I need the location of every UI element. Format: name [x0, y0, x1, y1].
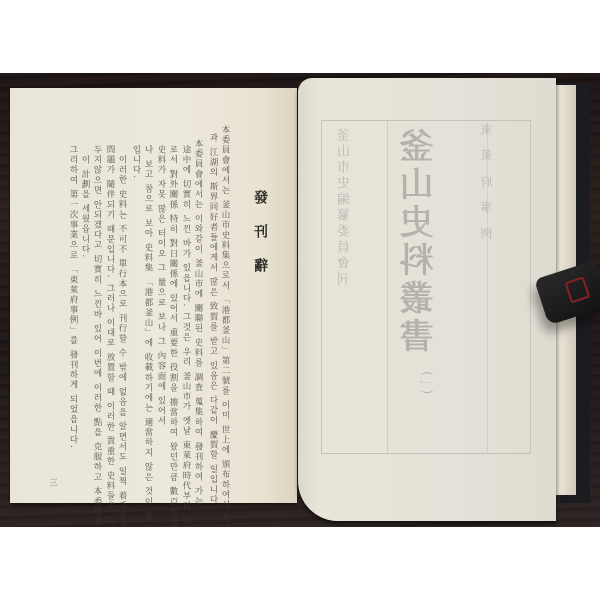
ghost-volume: (一)	[418, 371, 437, 394]
text-column: 本委員會에서는 이와같이 釜山市에 關聯된 史料를 調査 蒐集하여 發刊하여 가…	[193, 139, 203, 507]
text-column: 과 江湖의 斯界同好者들에게서 많은 致賀를 받고 있음은 다같이 慶賀할 일입…	[208, 133, 218, 509]
text-column: 두지않으면 안되겠다고 切實히 느낀바 있어 이번에 이러한 點을 克服하고 本…	[92, 145, 102, 527]
ghost-title: 釜山史料叢書	[395, 128, 444, 356]
page-title: 發刊辭	[250, 190, 270, 292]
left-page: 發刊辭 本委員會에서는 釜山市史料集으로서 「港都釜山」第二號를 이미 世上에 …	[10, 88, 297, 503]
text-column: 途中에 切實히 느낀 바가 있읍니다. 그것은 우리 釜山市가 옛날 東萊府時代…	[181, 145, 191, 527]
text-column: 입니다.	[131, 145, 141, 180]
book-photo: 發刊辭 本委員會에서는 釜山市史料集으로서 「港都釜山」第二號를 이미 世上에 …	[0, 73, 600, 527]
seal-red-mark-icon	[564, 276, 590, 303]
right-page: 釜山史料叢書 釜山市史編纂委員會刊 東萊府事例 (一)	[298, 78, 556, 521]
text-column: 그리하여 第一次事業으로 「東萊府事例」를 發刊하게 되었읍니다.	[68, 145, 78, 449]
text-column: 이러한 史料는 不可不 單行本으로 刊行할 수 밖에 없음을 알면서도 일찍 着…	[117, 155, 127, 527]
text-column: 史料가 자못 많은 터이오 그 量으로 보나 그 內容面에 있어서	[156, 145, 166, 426]
text-column: 나 보고 참으로 보아 史料集 「港都釜山」에 收載하기에는 適當하지 않은 것…	[143, 145, 153, 527]
ghost-subtitle: 東萊府事例	[478, 123, 495, 253]
text-column: 本委員會에서는 釜山市史料集으로서 「港都釜山」第二號를 이미 世上에 頒布하여…	[220, 125, 230, 527]
text-column: 로서 對外關係 特히 對日關係에 있어서 重要한 役割을 擔當하여 왔던만큼 數…	[168, 145, 178, 527]
ghost-publisher: 釜山市史編纂委員會刊	[336, 128, 355, 288]
text-column: 問題가 隨伴되기 때문입니다. 그러나 이대로 放置할 때 이러한 貴重한 史料…	[105, 145, 115, 527]
text-column: 이 計劃을 세웠읍니다.	[80, 155, 90, 259]
page-number: 三	[48, 478, 59, 486]
